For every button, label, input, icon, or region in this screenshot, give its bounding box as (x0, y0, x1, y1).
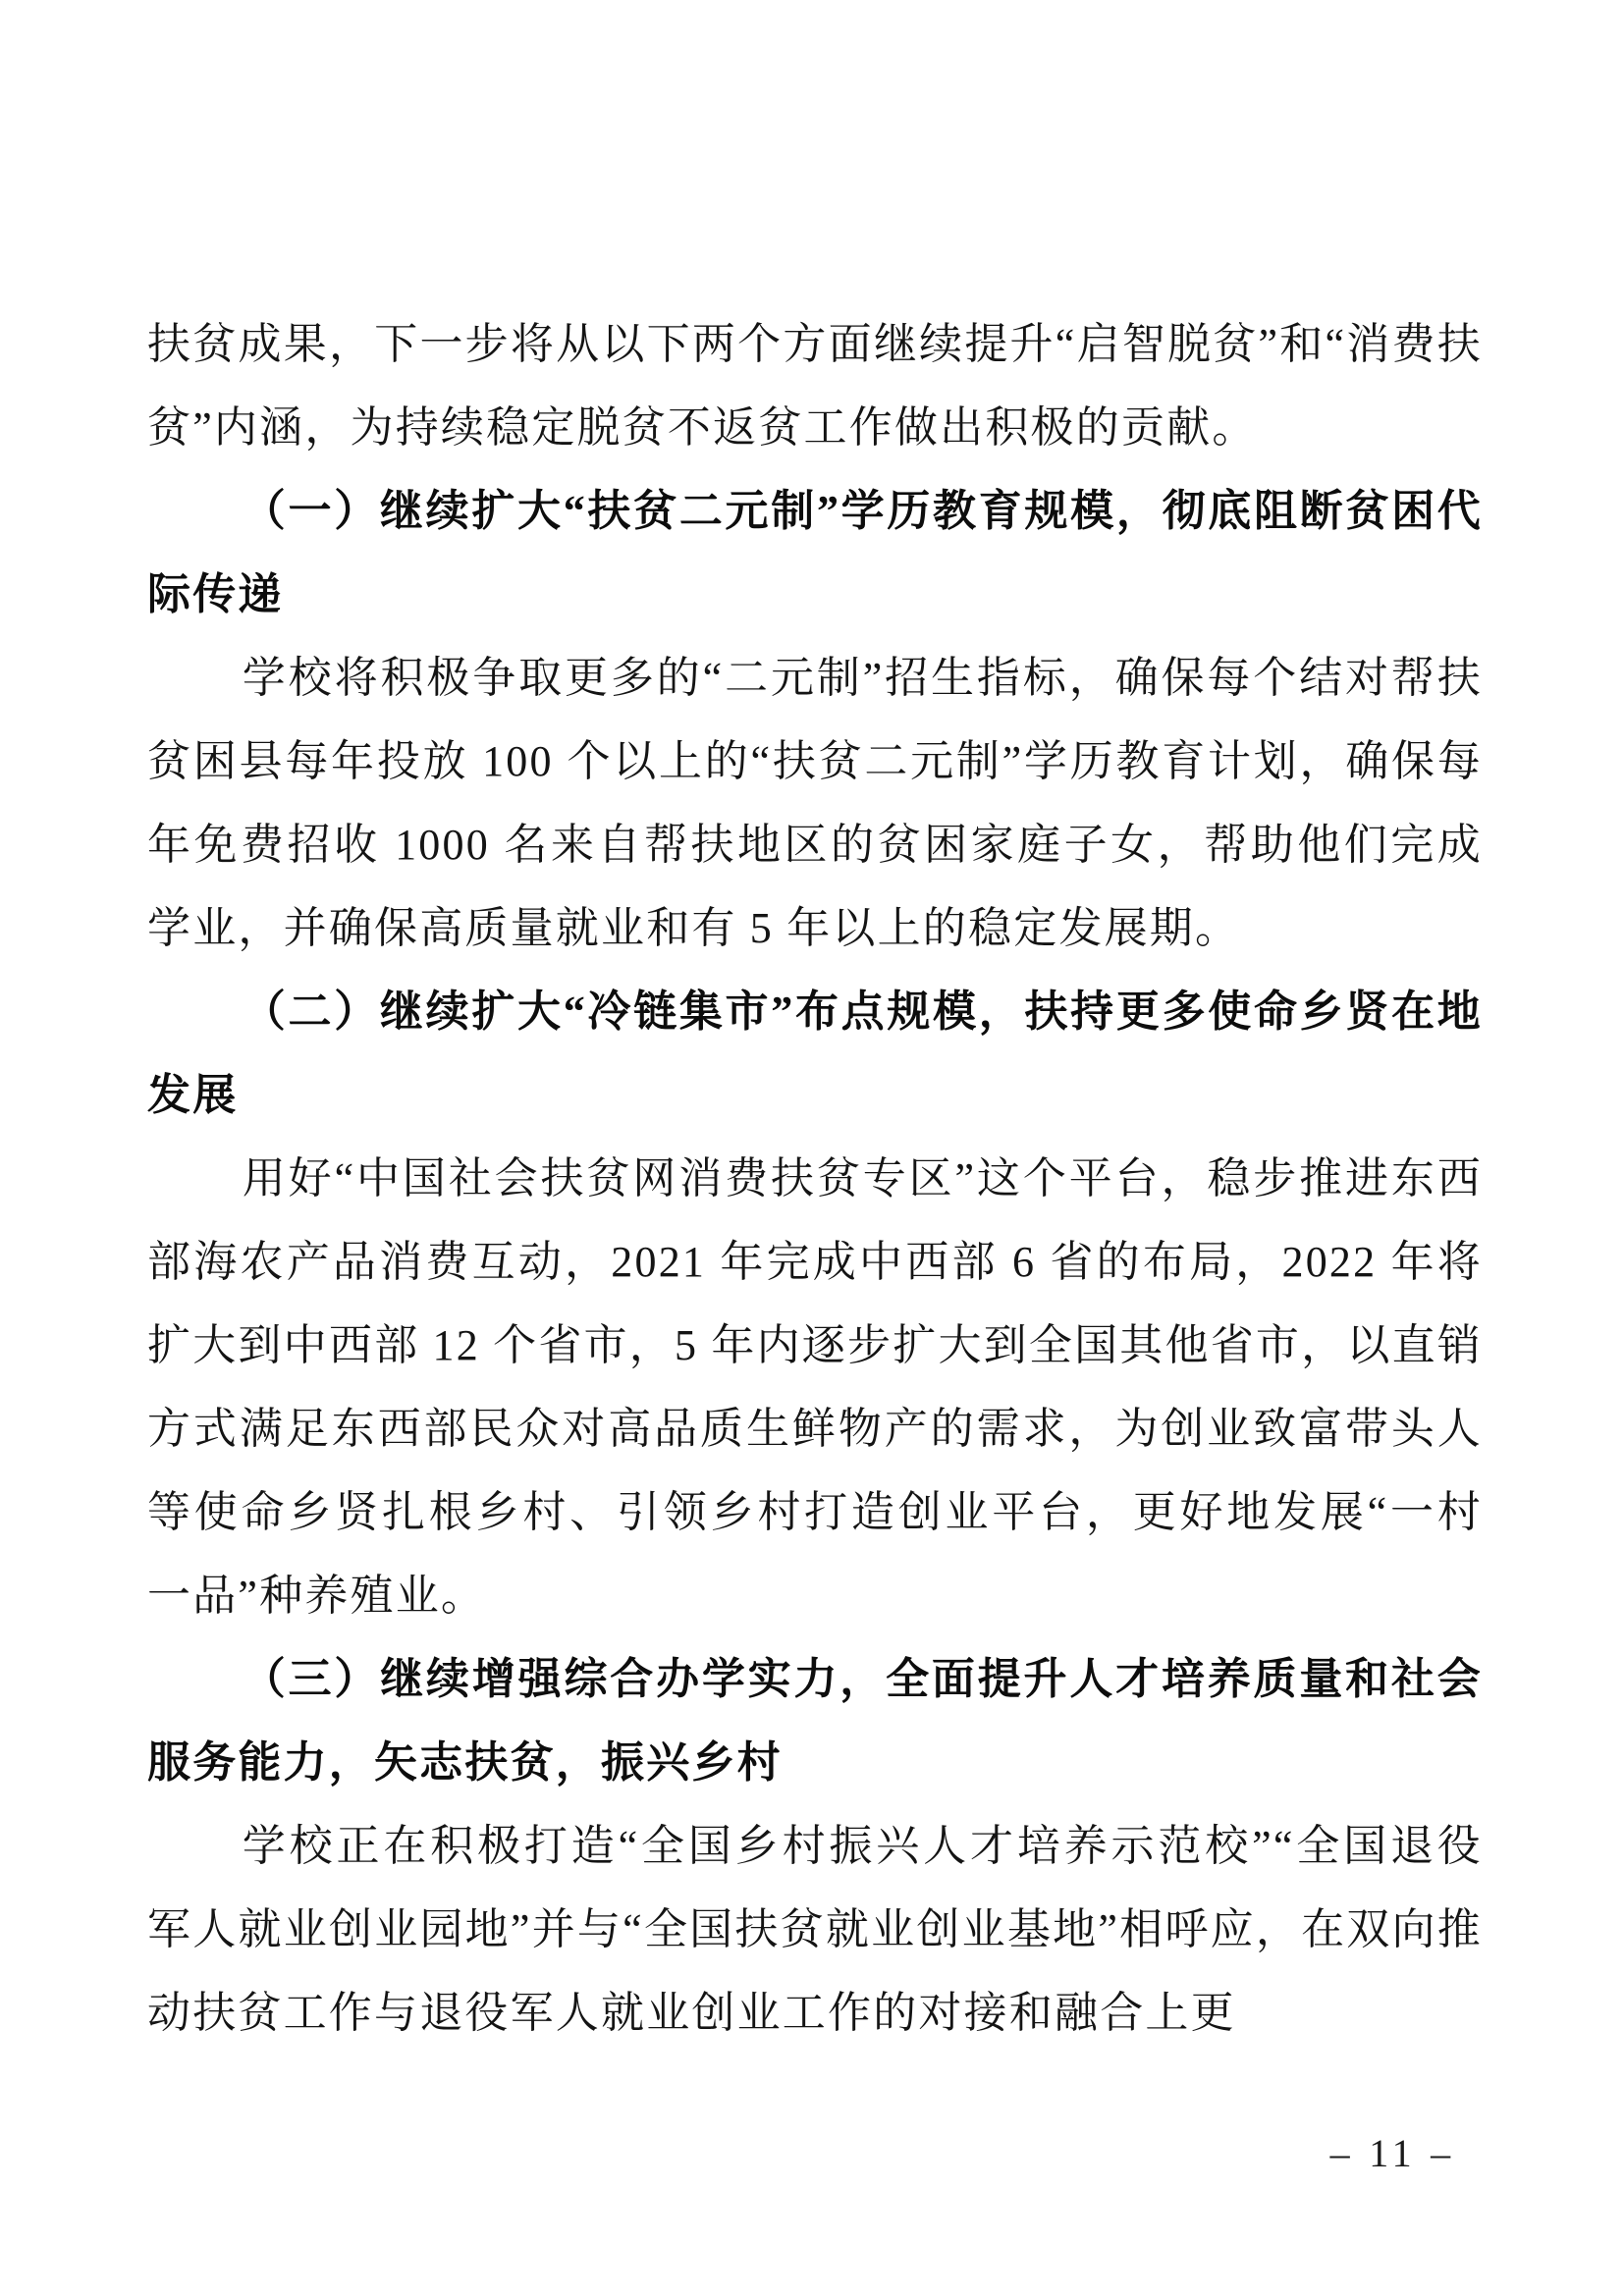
text-block: 扶贫成果，下一步将从以下两个方面继续提升“启智脱贫”和“消费扶贫”内涵，为持续稳… (147, 302, 1483, 2055)
paragraph-intro: 扶贫成果，下一步将从以下两个方面继续提升“启智脱贫”和“消费扶贫”内涵，为持续稳… (147, 302, 1483, 469)
document-page: 扶贫成果，下一步将从以下两个方面继续提升“启智脱贫”和“消费扶贫”内涵，为持续稳… (0, 0, 1624, 2296)
paragraph-section-1: 学校将积极争取更多的“二元制”招生指标，确保每个结对帮扶贫困县每年投放 100 … (147, 636, 1483, 970)
paragraph-section-3: 学校正在积极打造“全国乡村振兴人才培养示范校”“全国退役军人就业创业园地”并与“… (147, 1804, 1483, 2055)
section-heading-3: （三）继续增强综合办学实力，全面提升人才培养质量和社会服务能力，矢志扶贫，振兴乡… (147, 1637, 1483, 1804)
section-heading-2: （二）继续扩大“冷链集市”布点规模，扶持更多使命乡贤在地发展 (147, 970, 1483, 1137)
section-heading-1: （一）继续扩大“扶贫二元制”学历教育规模，彻底阻断贫困代际传递 (147, 469, 1483, 636)
paragraph-section-2: 用好“中国社会扶贫网消费扶贫专区”这个平台，稳步推进东西部海农产品消费互动，20… (147, 1137, 1483, 1637)
page-number: – 11 – (1330, 2130, 1455, 2176)
